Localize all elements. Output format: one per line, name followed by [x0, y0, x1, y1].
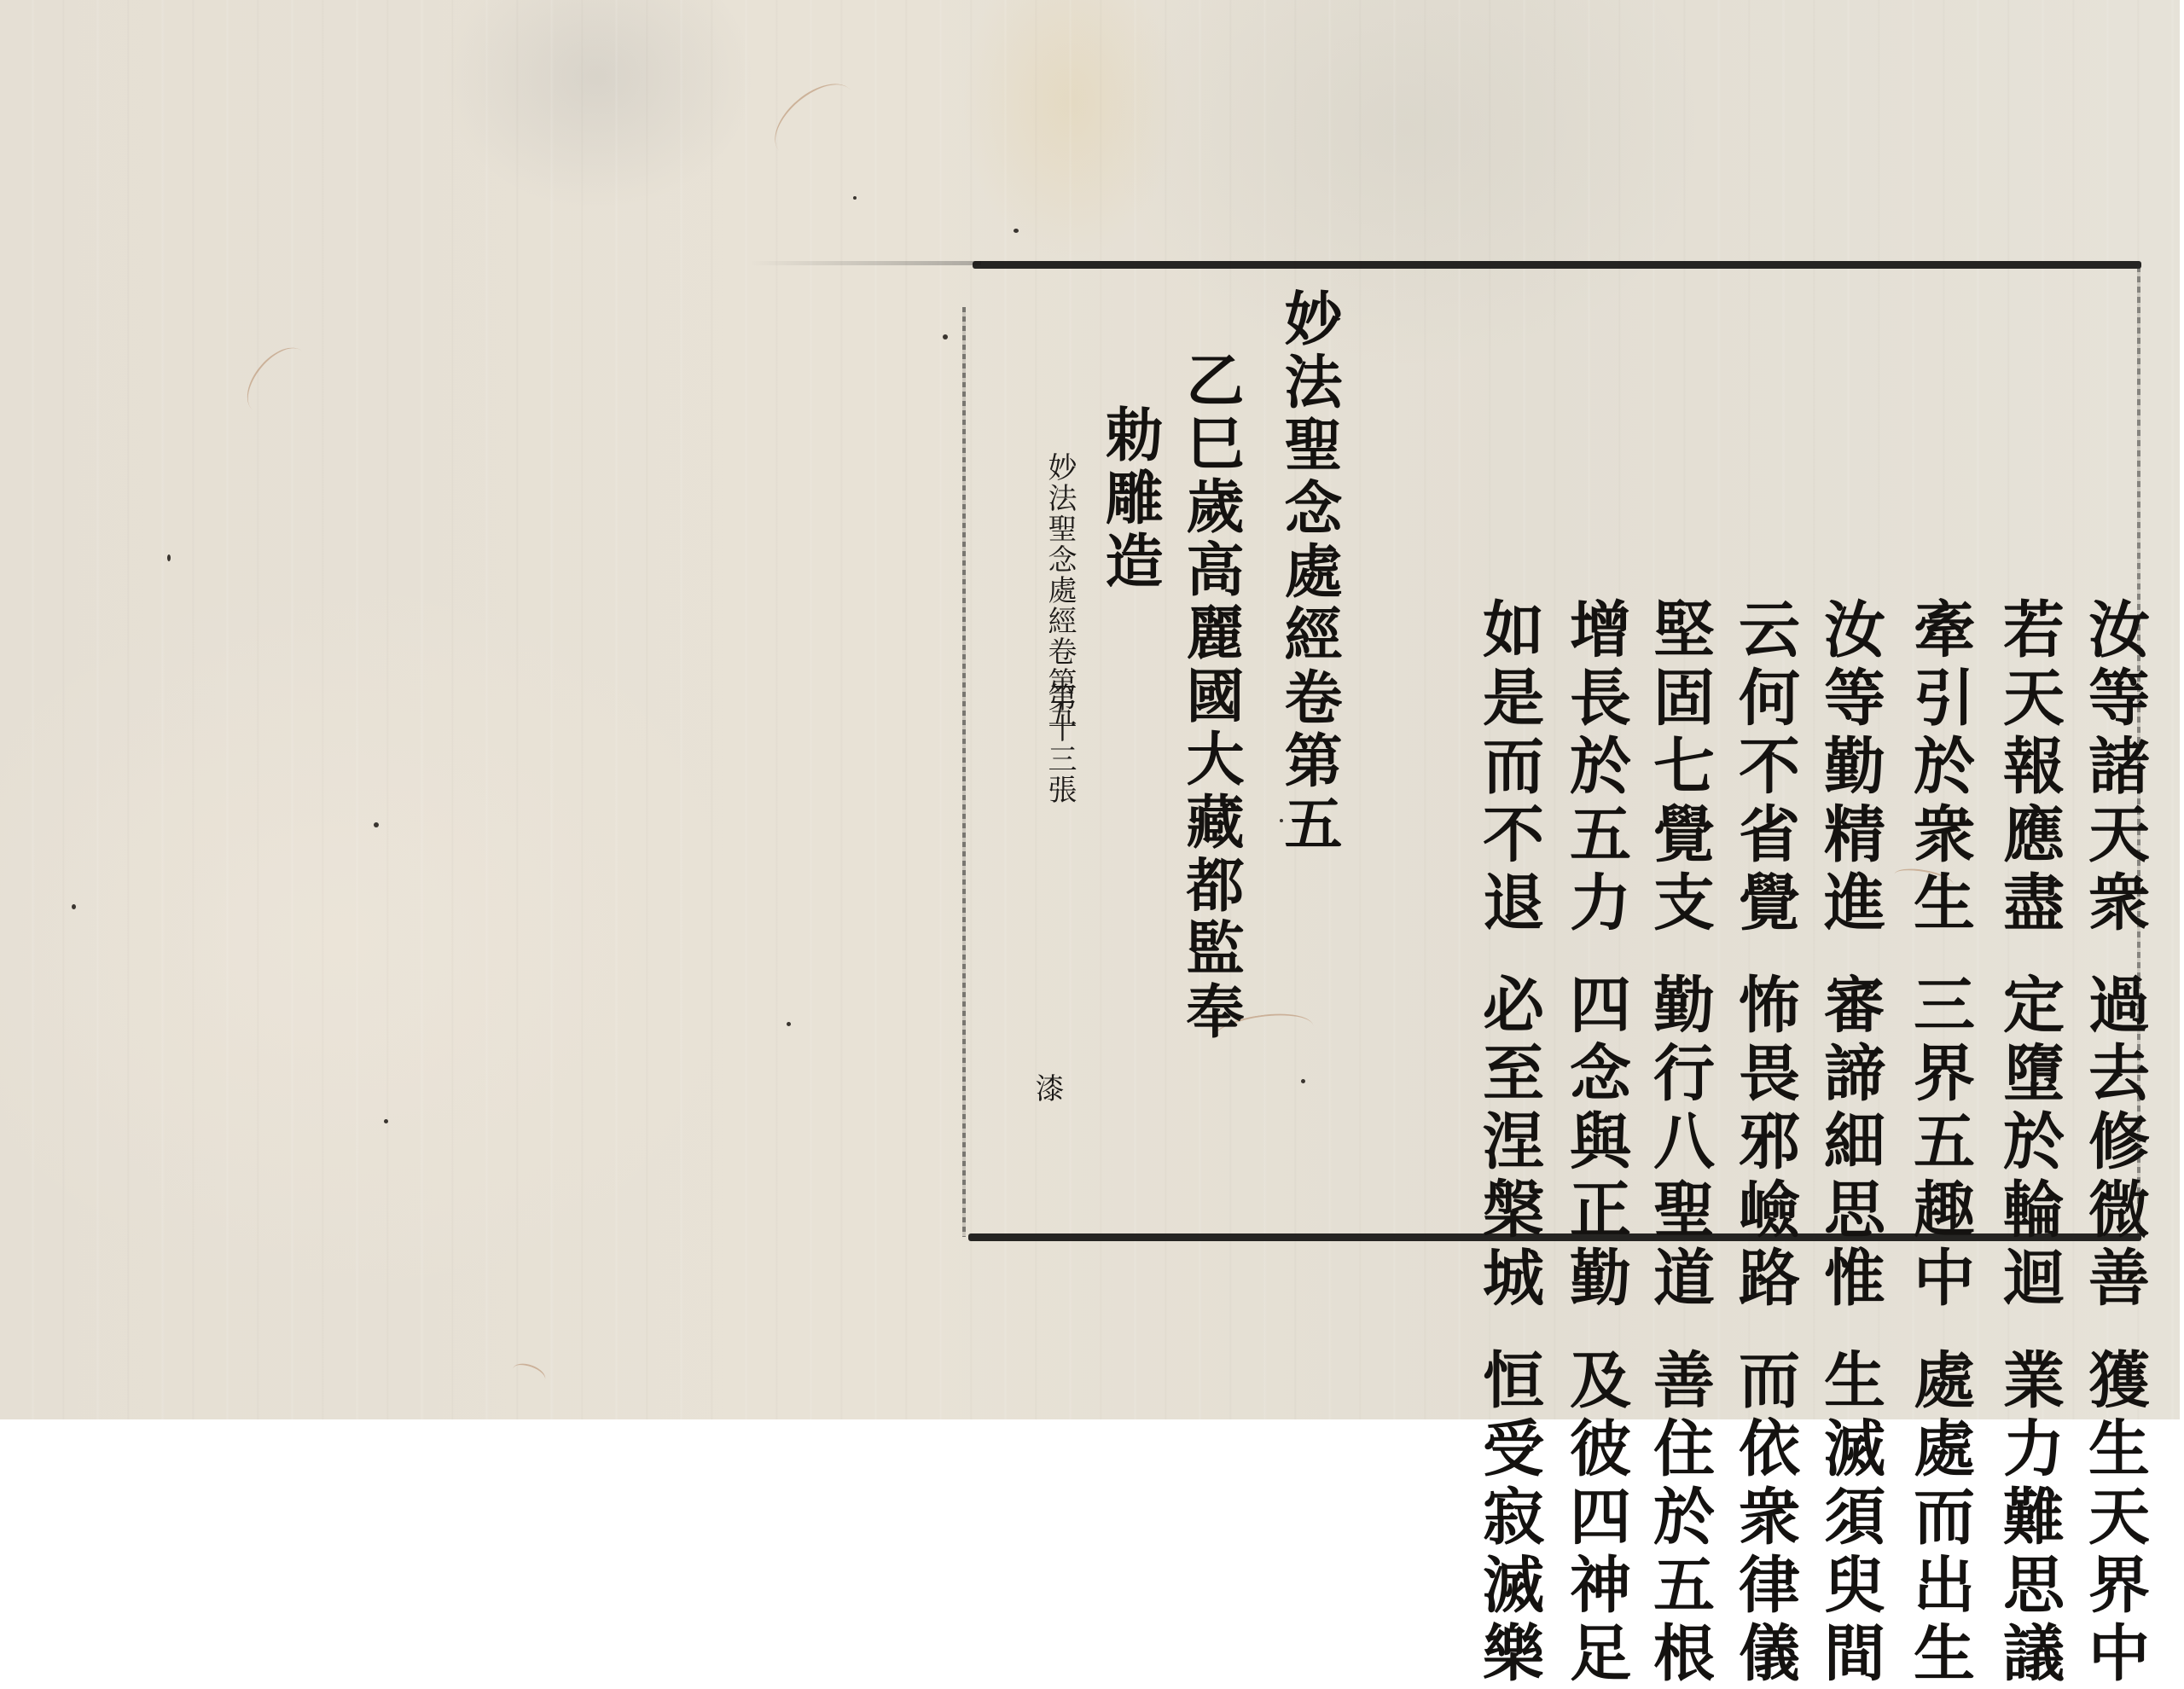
paper-fibre: [235, 337, 319, 424]
paper-fibre: [509, 1360, 548, 1389]
paper-speck: [374, 822, 379, 827]
margin-sheet-number: 第十三張: [1045, 682, 1074, 805]
paper-speck: [167, 554, 171, 561]
dated-colophon-line: 乙巳歲高麗國大藏都監奉: [1182, 350, 1240, 1044]
paper-speck: [1014, 229, 1019, 233]
frame-left-border: [962, 307, 966, 1237]
scroll-page: 汝等諸天衆過去修微善獲生天界中 若天報應盡定墮於輪迴業力難思議 牽引於衆生三界五…: [0, 0, 2180, 1419]
commission-colophon-line: 勅雕造: [1101, 404, 1159, 594]
frame-top-border: [973, 261, 2141, 269]
paper-speck: [787, 1022, 791, 1026]
verse-column-8: 如是而不退必至涅槃城恒受寂滅樂: [1416, 280, 1600, 1419]
paper-fibre: [762, 70, 868, 171]
paper-speck: [853, 196, 857, 200]
margin-case-mark: 漆: [1032, 1073, 1061, 1104]
verse-phrase: 如是而不退: [1472, 597, 1545, 938]
paper-speck: [72, 904, 76, 909]
verse-phrase: 恒受寂滅樂: [1472, 1348, 1545, 1419]
verse-phrase: 必至涅槃城: [1472, 972, 1545, 1314]
paper-speck: [943, 334, 948, 340]
sutra-title-colophon: 妙法聖念處經卷第五: [1280, 288, 1338, 856]
paper-speck: [1301, 1079, 1305, 1083]
frame-top-ghost-line: [751, 261, 981, 265]
paper-speck: [384, 1119, 388, 1123]
